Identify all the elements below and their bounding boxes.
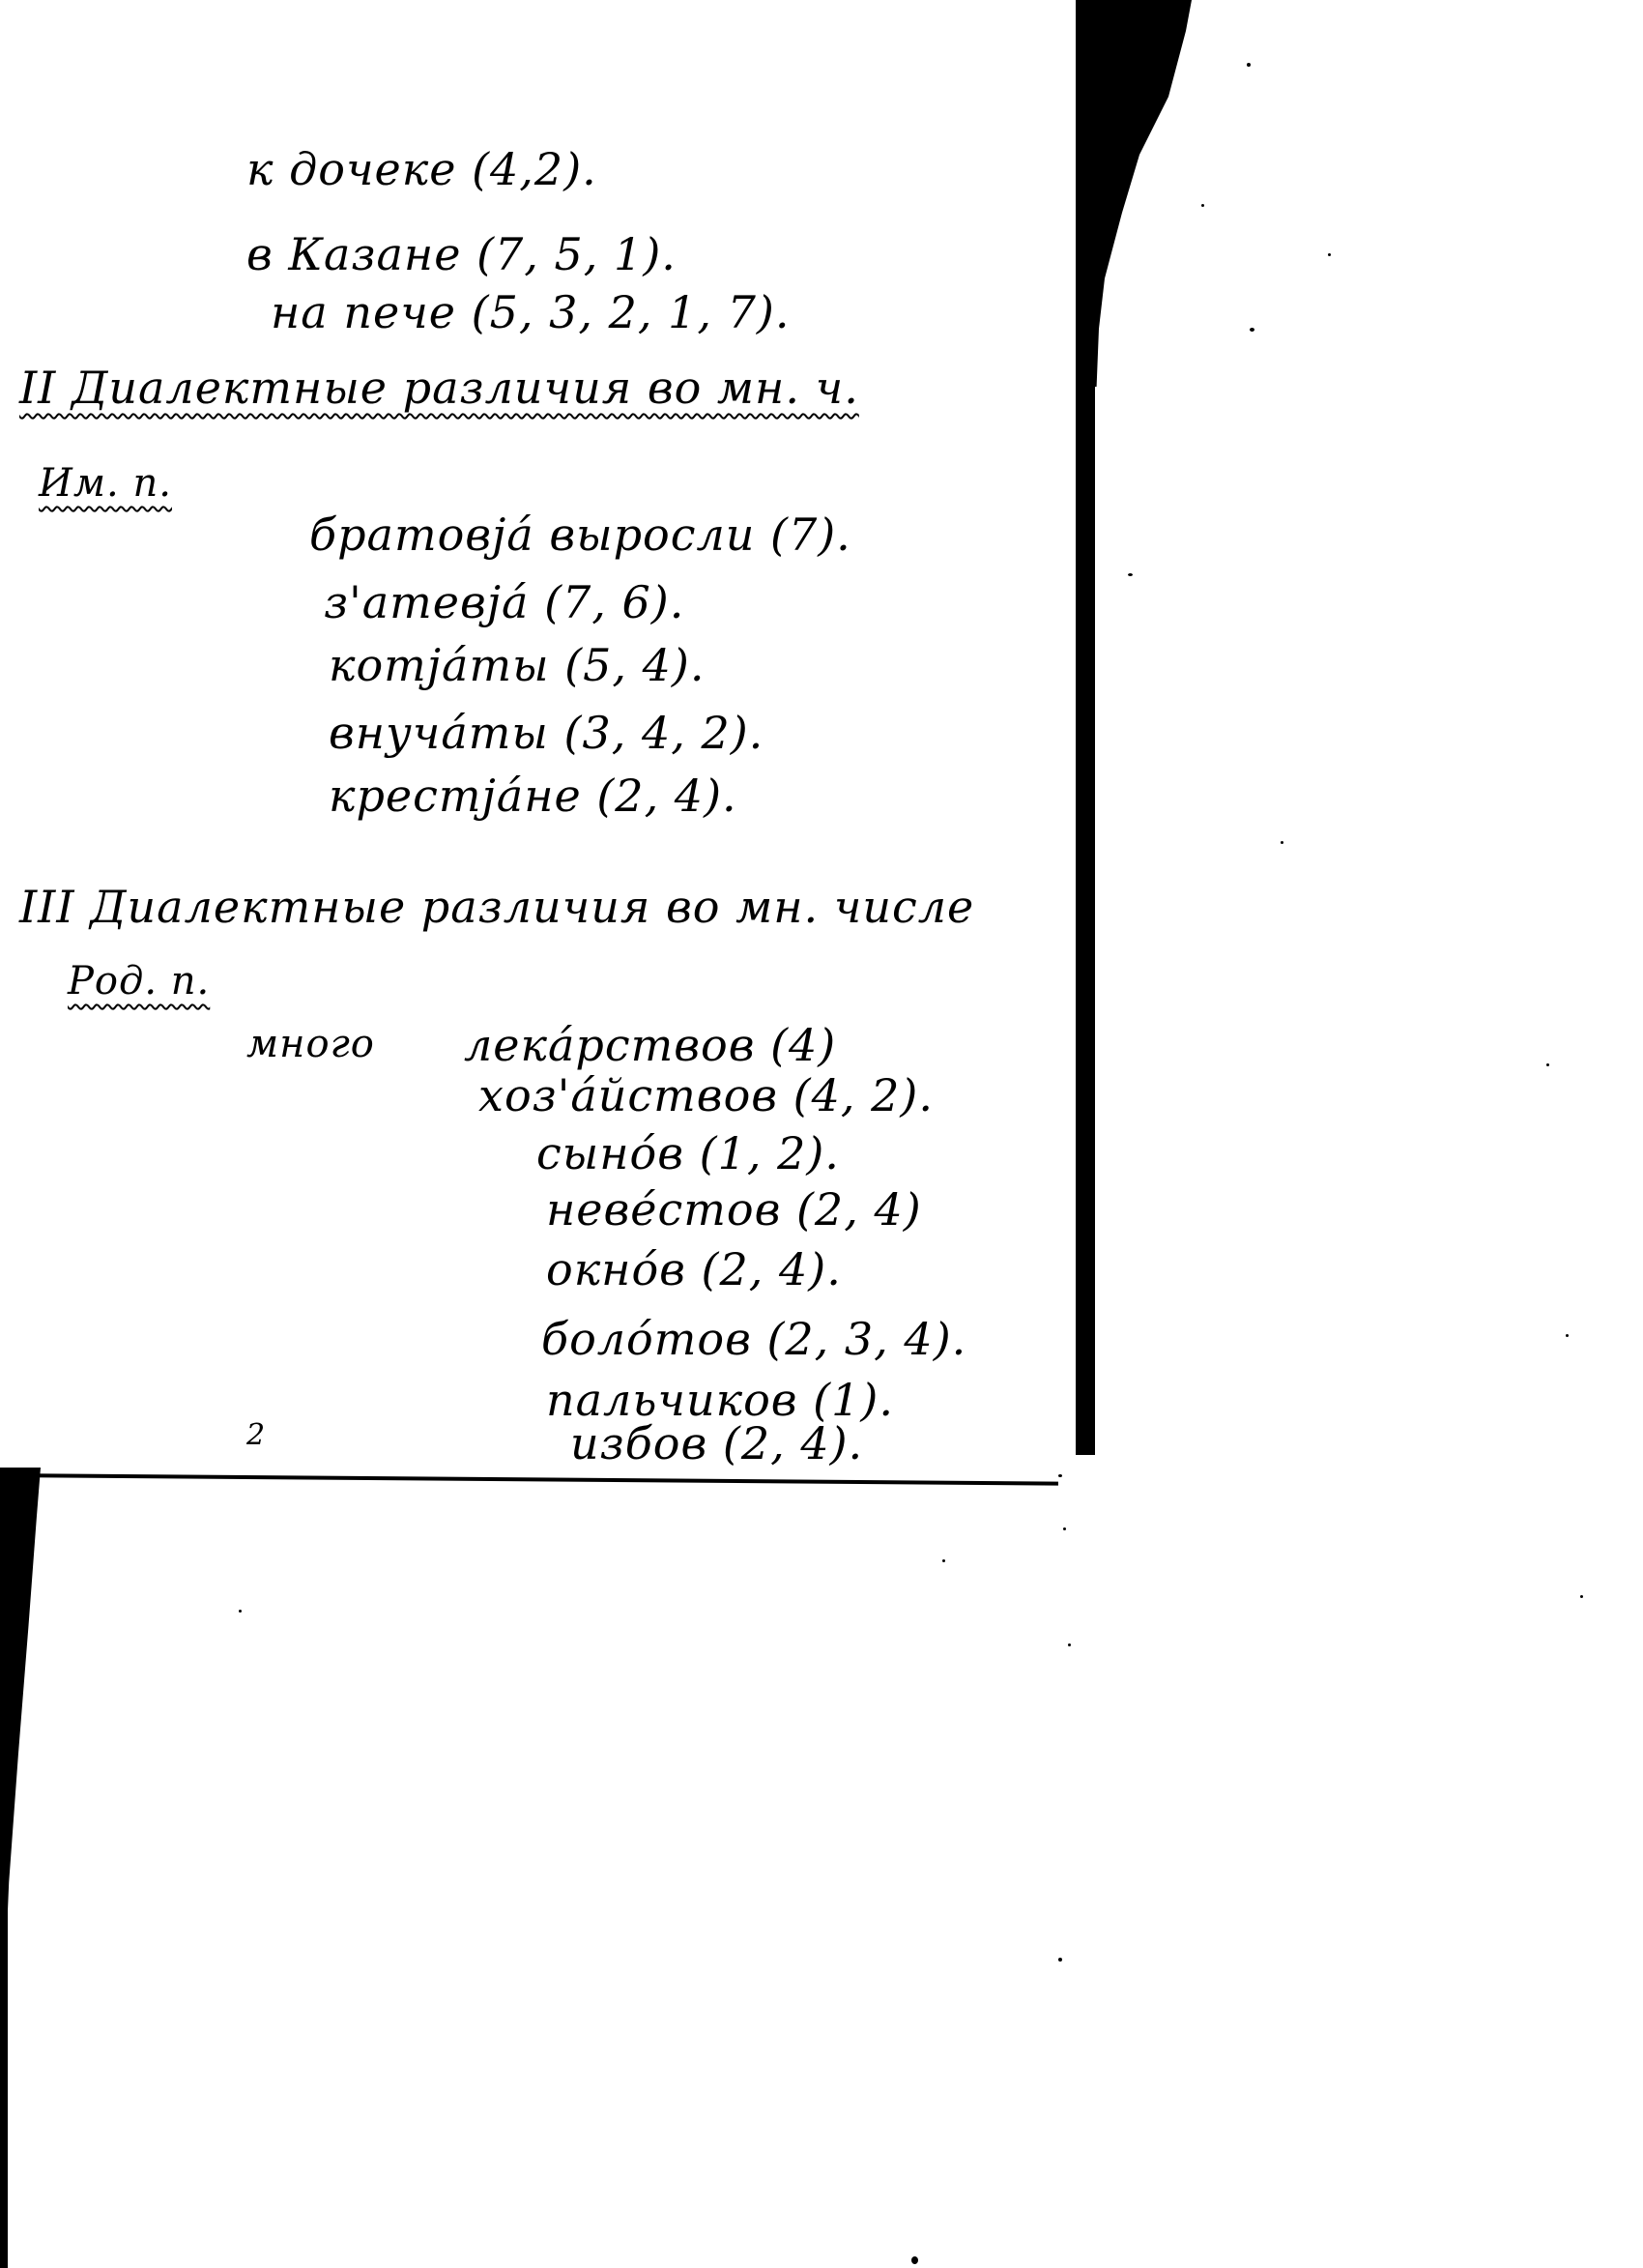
scanned-page: к дочеке (4,2). в Казане (7, 5, 1). на п… — [0, 0, 1643, 2268]
section-II-case-label: Им. п. — [39, 464, 172, 503]
section-III-item: хоз'áйствов (4, 2). — [478, 1073, 934, 1118]
scan-speck — [942, 1559, 945, 1562]
scan-speck — [1546, 1063, 1549, 1066]
scan-shadow-right-edge — [1076, 0, 1095, 1455]
scan-speck — [1063, 1527, 1066, 1530]
section-III-item: невéстов (2, 4) — [546, 1187, 922, 1232]
page-bottom-edge — [0, 1473, 1058, 1486]
scan-speck — [1281, 841, 1283, 844]
section-III-item: пальчиков (1). — [546, 1378, 894, 1422]
section-III-heading: III Диалектные различия во мн. числе — [19, 885, 974, 929]
line-v-kazane: в Казане (7, 5, 1). — [246, 232, 677, 276]
section-III-item: избов (2, 4). — [570, 1421, 863, 1466]
section-III-lead-word: много — [246, 1025, 375, 1063]
section-III-case-label: Род. п. — [68, 962, 210, 1001]
section-II-item: котjáты (5, 4). — [329, 643, 705, 687]
scan-shadow-left-strip — [0, 1468, 8, 2268]
scan-speck — [911, 2256, 918, 2264]
scan-speck — [1058, 1958, 1062, 1962]
section-III-item: лекáрствов (4) — [464, 1023, 836, 1067]
scan-speck — [1328, 253, 1331, 256]
scan-speck — [1128, 573, 1133, 576]
section-III-item: окнóв (2, 4). — [546, 1247, 842, 1292]
scan-speck — [1201, 204, 1204, 207]
scan-speck — [1566, 1334, 1569, 1337]
scan-speck — [1250, 328, 1254, 332]
scan-speck — [1247, 63, 1251, 67]
section-II-heading: II Диалектные различия во мн. ч. — [19, 365, 859, 410]
section-II-item: з'атевjá (7, 6). — [324, 580, 684, 625]
scan-speck — [1580, 1595, 1583, 1598]
section-II-item: крестjáне (2, 4). — [329, 773, 737, 818]
line-k-docheke: к дочеке (4,2). — [246, 147, 597, 191]
scan-speck — [1058, 1474, 1062, 1477]
scan-speck — [239, 1610, 242, 1613]
section-II-item: внучáты (3, 4, 2). — [329, 711, 764, 755]
page-mark: 2 — [246, 1421, 266, 1450]
line-na-peche: на печe (5, 3, 2, 1, 7). — [271, 290, 790, 334]
section-III-item: болóтов (2, 3, 4). — [541, 1317, 966, 1361]
section-III-item: сынóв (1, 2). — [536, 1131, 840, 1176]
scan-speck — [1068, 1643, 1071, 1646]
section-II-item: братовjá выросли (7). — [309, 512, 851, 557]
